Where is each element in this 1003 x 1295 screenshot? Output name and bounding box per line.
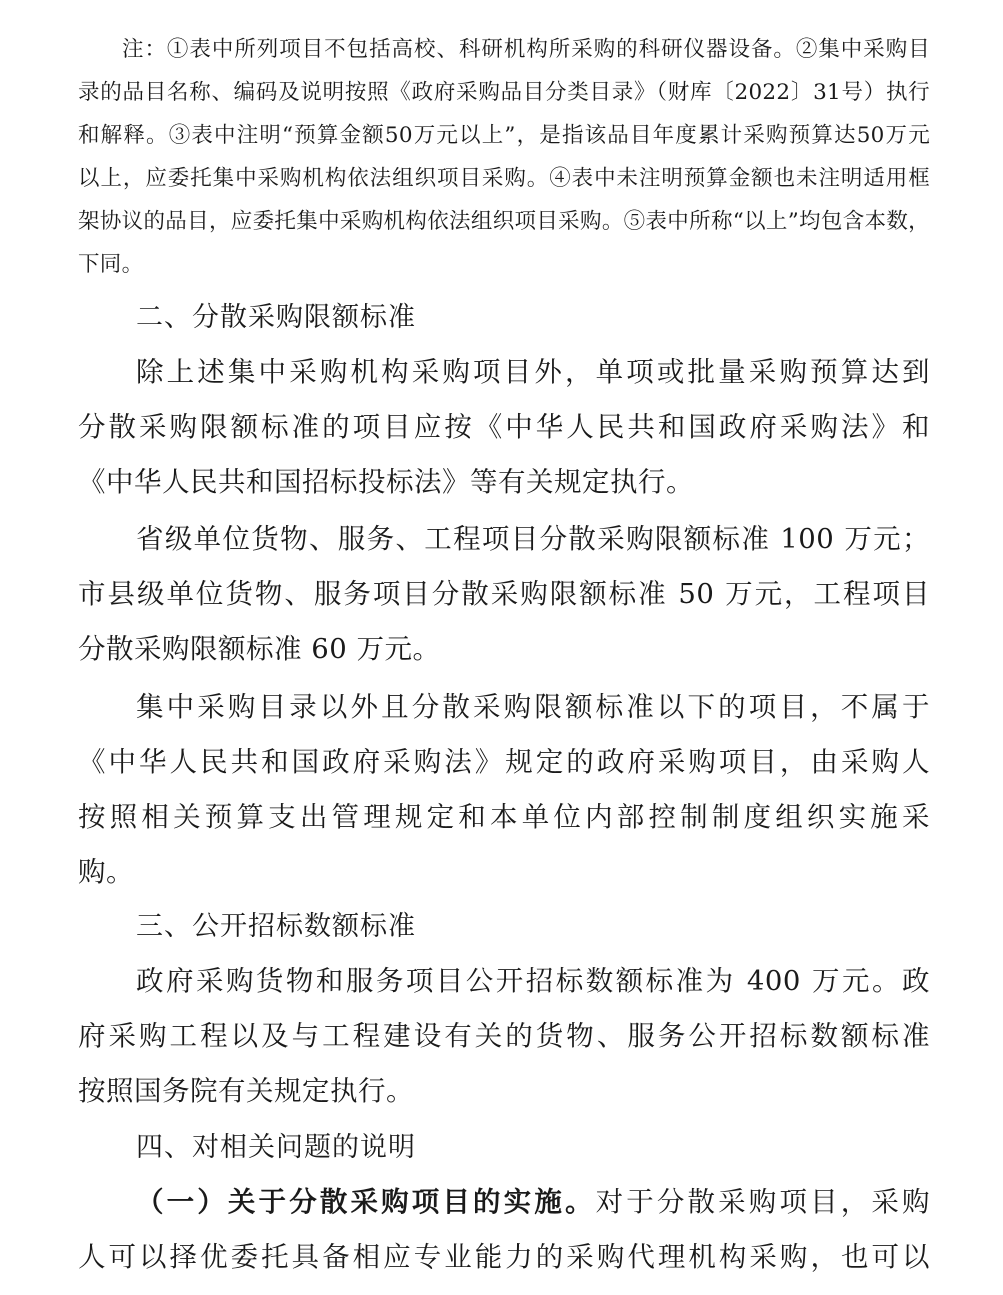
paragraph-line: 按照国务院有关规定执行。 [78,1064,930,1119]
paragraph-line: 分散采购限额标准的项目应按《中华人民共和国政府采购法》和 [78,400,930,455]
section-2-paragraph-2: 省级单位货物、服务、工程项目分散采购限额标准 100 万元； 市县级单位货物、服… [78,512,930,677]
section-2-paragraph-3: 集中采购目录以外且分散采购限额标准以下的项目，不属于 《中华人民共和国政府采购法… [78,680,930,900]
item-title: （一）关于分散采购项目的实施。 [136,1186,596,1218]
paragraph-line: 政府采购货物和服务项目公开招标数额标准为 400 万元。政 [78,954,930,1009]
note-line: 以上，应委托集中采购机构依法组织项目采购。④表中未注明预算金额也未注明适用框 [78,157,930,200]
paragraph-line: 市县级单位货物、服务项目分散采购限额标准 50 万元，工程项目 [78,567,930,622]
paragraph-line: 《中华人民共和国招标投标法》等有关规定执行。 [78,455,930,510]
paragraph-line: 府采购工程以及与工程建设有关的货物、服务公开招标数额标准 [78,1009,930,1064]
paragraph-line: 人可以择优委托具备相应专业能力的采购代理机构采购，也可以 [78,1230,930,1285]
paragraph-line: 除上述集中采购机构采购项目外，单项或批量采购预算达到 [78,345,930,400]
item-text: 对于分散采购项目，采购 [596,1186,930,1218]
section-heading: 四、对相关问题的说明 [78,1120,930,1175]
note-line: 录的品目名称、编码及说明按照《政府采购品目分类目录》（财库〔2022〕31号）执… [78,71,930,114]
note-line: 架协议的品目，应委托集中采购机构依法组织项目采购。⑤表中所称“以上”均包含本数， [78,200,930,243]
note-line: 和解释。③表中注明“预算金额50万元以上”，是指该品目年度累计采购预算达50万元 [78,114,930,157]
section-2: 二、分散采购限额标准 除上述集中采购机构采购项目外，单项或批量采购预算达到 分散… [78,290,930,510]
paragraph-line: 集中采购目录以外且分散采购限额标准以下的项目，不属于 [78,680,930,735]
paragraph-line: 按照相关预算支出管理规定和本单位内部控制制度组织实施采 [78,790,930,845]
section-3: 三、公开招标数额标准 政府采购货物和服务项目公开招标数额标准为 400 万元。政… [78,899,930,1119]
section-heading: 二、分散采购限额标准 [78,290,930,345]
section-4: 四、对相关问题的说明 （一）关于分散采购项目的实施。对于分散采购项目，采购 人可… [78,1120,930,1285]
note-line: 下同。 [78,243,930,286]
paragraph-line: 《中华人民共和国政府采购法》规定的政府采购项目，由采购人 [78,735,930,790]
paragraph-line: 购。 [78,845,930,900]
paragraph-line: 分散采购限额标准 60 万元。 [78,622,930,677]
section-heading: 三、公开招标数额标准 [78,899,930,954]
note-line: 注：①表中所列项目不包括高校、科研机构所采购的科研仪器设备。②集中采购目 [78,28,930,71]
paragraph-line: 省级单位货物、服务、工程项目分散采购限额标准 100 万元； [78,512,930,567]
paragraph-line: （一）关于分散采购项目的实施。对于分散采购项目，采购 [78,1175,930,1230]
table-note: 注：①表中所列项目不包括高校、科研机构所采购的科研仪器设备。②集中采购目 录的品… [78,28,930,286]
